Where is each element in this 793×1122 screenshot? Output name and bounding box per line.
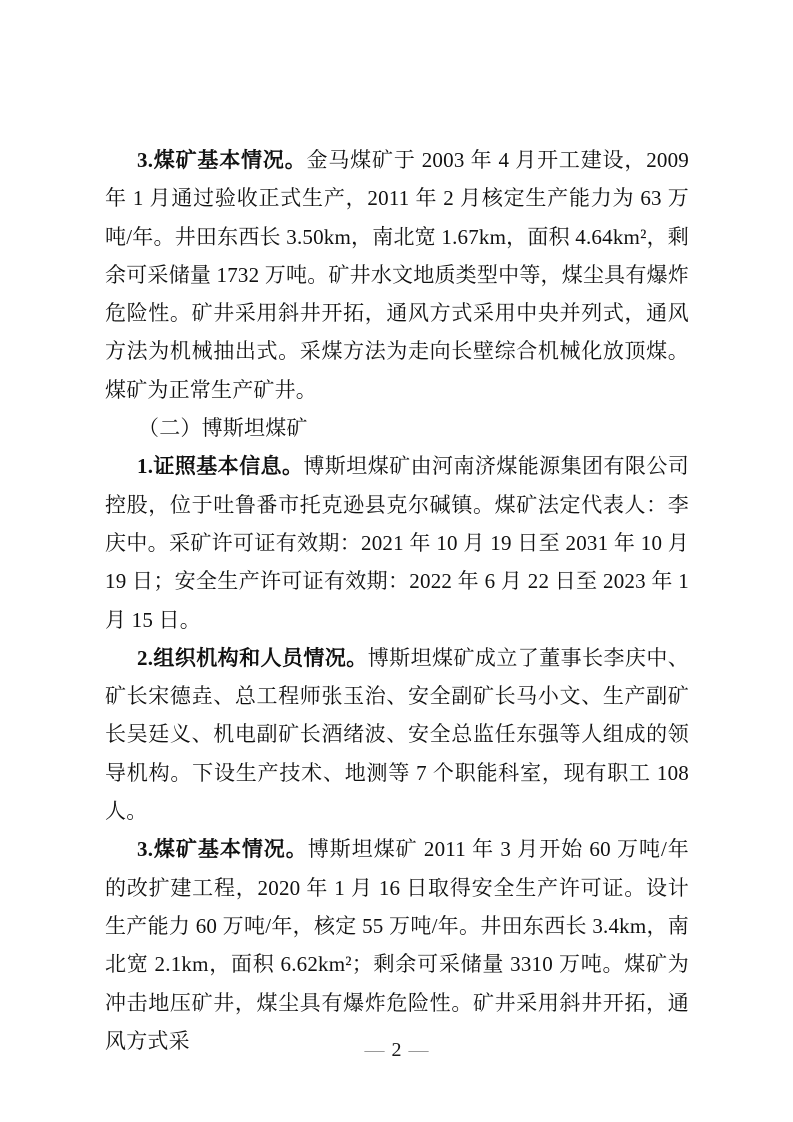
- section-heading-text: （二）博斯坦煤矿: [138, 416, 308, 440]
- page-number: 2: [392, 1039, 402, 1061]
- paragraph-text: 博斯坦煤矿 2011 年 3 月开始 60 万吨/年的改扩建工程，2020 年 …: [105, 837, 689, 1052]
- document-page: 3.煤矿基本情况。金马煤矿于 2003 年 4 月开工建设，2009 年 1 月…: [0, 0, 793, 1122]
- footer-dash-left: —: [358, 1039, 392, 1061]
- page-number-footer: —2—: [0, 1038, 793, 1062]
- paragraph-bostan-license-info: 1.证照基本信息。博斯坦煤矿由河南济煤能源集团有限公司控股，位于吐鲁番市托克逊县…: [105, 447, 689, 638]
- paragraph-text: 博斯坦煤矿由河南济煤能源集团有限公司控股，位于吐鲁番市托克逊县克尔碱镇。煤矿法定…: [105, 454, 689, 631]
- paragraph-bostan-basic-info: 3.煤矿基本情况。博斯坦煤矿 2011 年 3 月开始 60 万吨/年的改扩建工…: [105, 830, 689, 1060]
- paragraph-text: 博斯坦煤矿成立了董事长李庆中、矿长宋德垚、总工程师张玉治、安全副矿长马小文、生产…: [105, 646, 689, 823]
- footer-dash-right: —: [402, 1039, 436, 1061]
- paragraph-lead-bold: 3.煤矿基本情况。: [137, 837, 308, 861]
- paragraph-lead-bold: 3.煤矿基本情况。: [137, 148, 307, 172]
- section-heading-bostan: （二）博斯坦煤矿: [105, 409, 689, 447]
- paragraph-lead-bold: 2.组织机构和人员情况。: [137, 646, 368, 670]
- paragraph-bostan-organization: 2.组织机构和人员情况。博斯坦煤矿成立了董事长李庆中、矿长宋德垚、总工程师张玉治…: [105, 639, 689, 830]
- paragraph-jinma-basic-info: 3.煤矿基本情况。金马煤矿于 2003 年 4 月开工建设，2009 年 1 月…: [105, 141, 689, 409]
- paragraph-lead-bold: 1.证照基本信息。: [137, 454, 303, 478]
- paragraph-text: 金马煤矿于 2003 年 4 月开工建设，2009 年 1 月通过验收正式生产，…: [105, 148, 689, 402]
- document-body: 3.煤矿基本情况。金马煤矿于 2003 年 4 月开工建设，2009 年 1 月…: [105, 141, 689, 1060]
